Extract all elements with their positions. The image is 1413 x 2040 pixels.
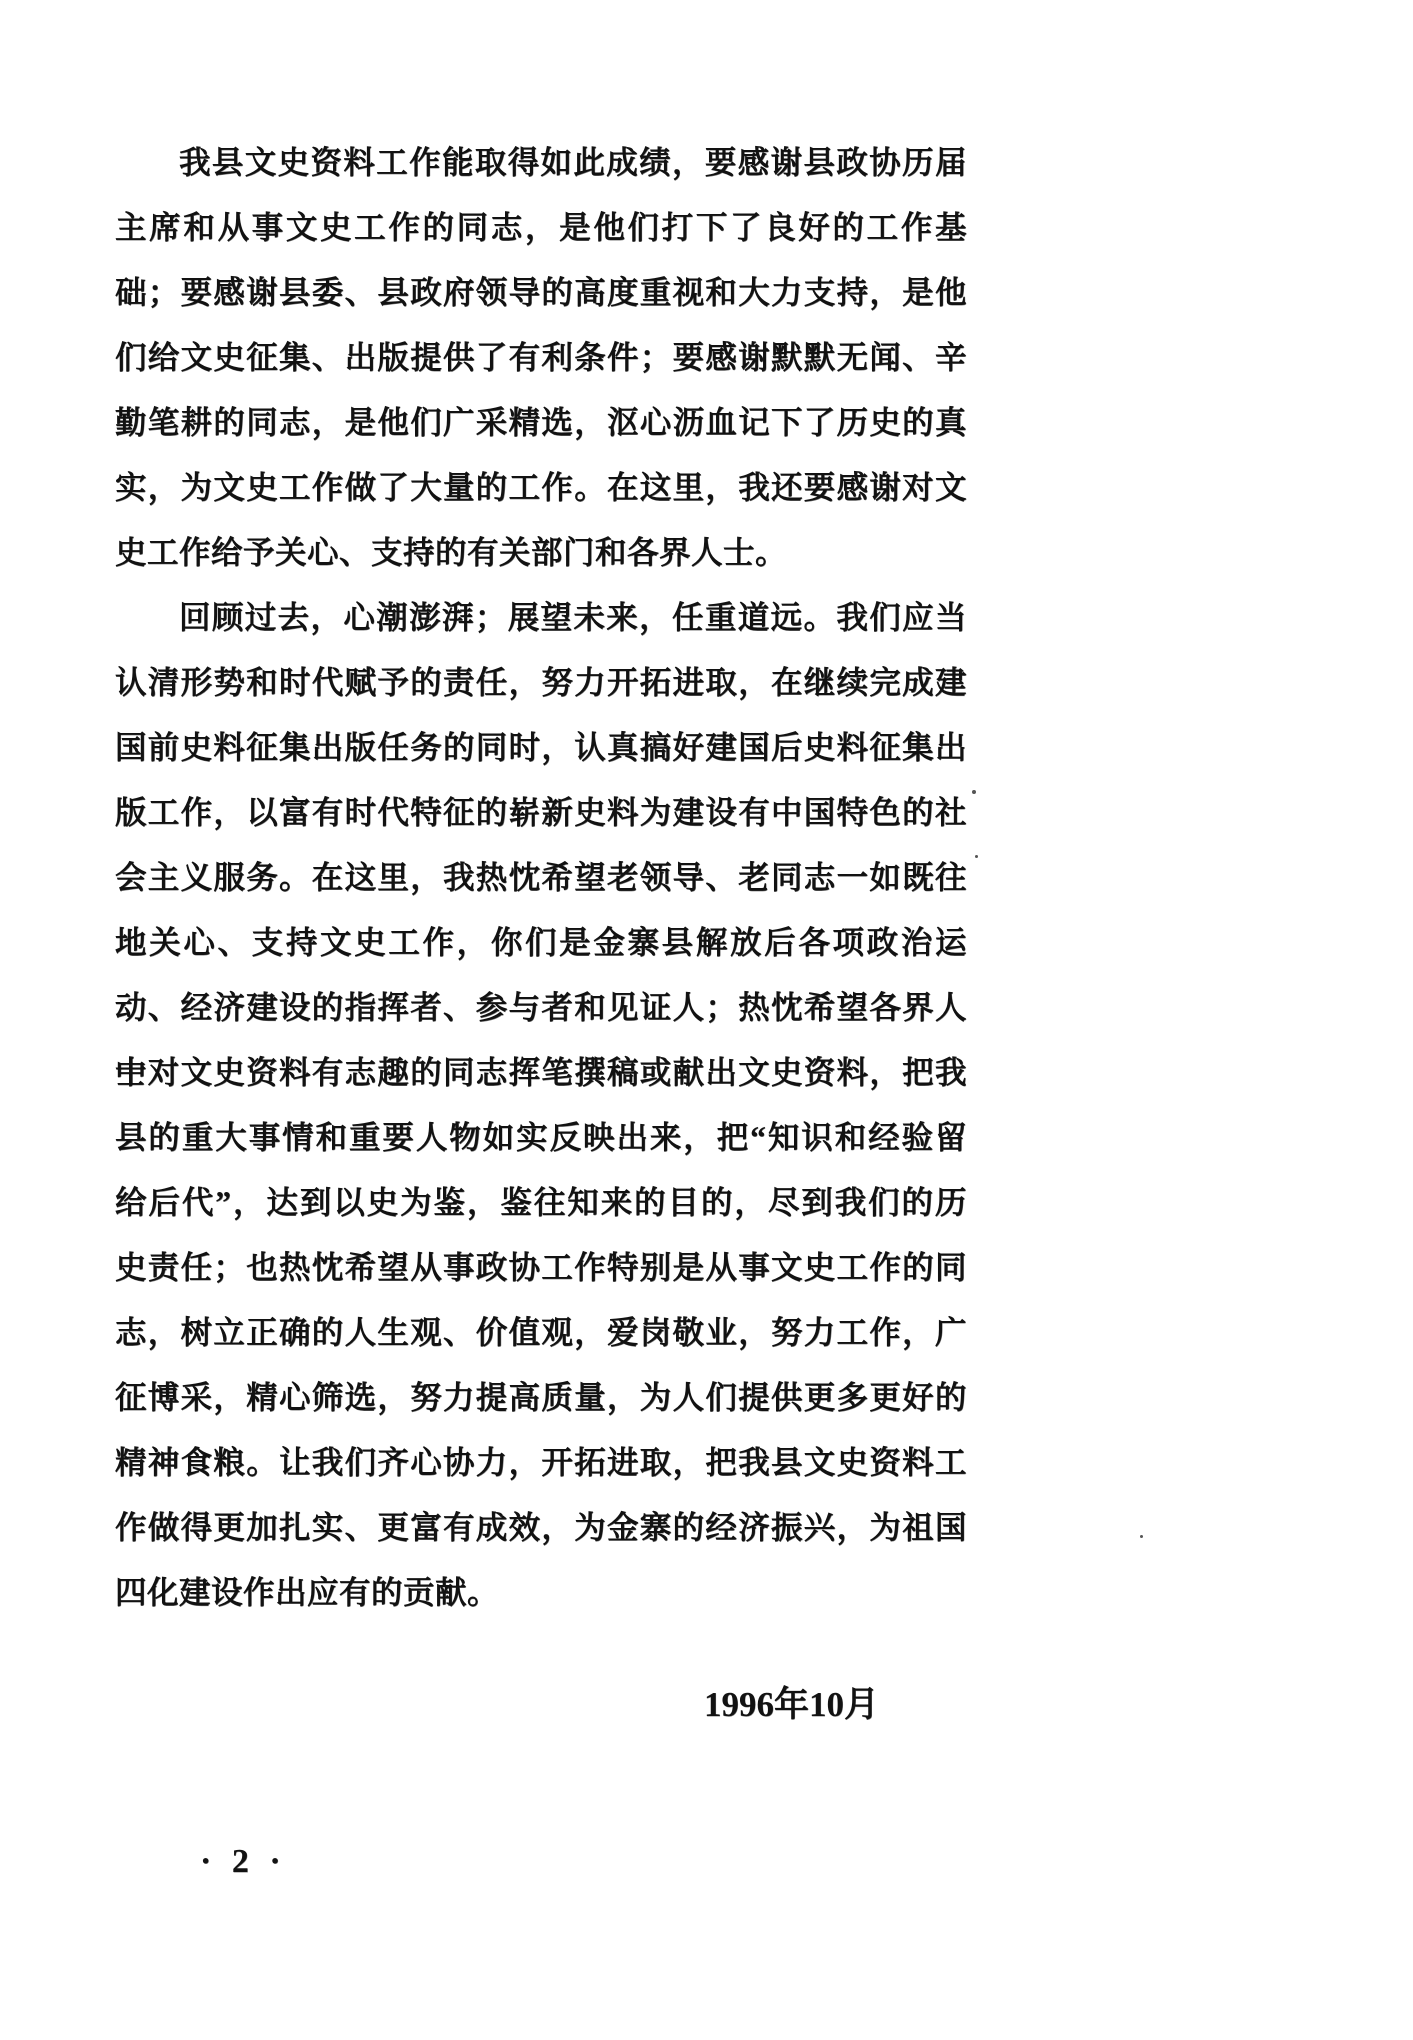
scan-speck <box>975 855 978 858</box>
text-line: 回顾过去，心潮澎湃；展望未来，任重道远。我们应当 <box>115 585 967 650</box>
text-line: 动、经济建设的指挥者、参与者和见证人；热忱希望各界人士 <box>115 975 967 1040</box>
text-line: 四化建设作出应有的贡献。 <box>115 1560 967 1625</box>
document-body: 我县文史资料工作能取得如此成绩，要感谢县政协历届主席和从事文史工作的同志，是他们… <box>115 130 967 1625</box>
text-line: 勤笔耕的同志，是他们广采精选，沤心沥血记下了历史的真 <box>115 390 967 455</box>
page-number: · 2 · <box>200 1832 287 1892</box>
text-line: 认清形势和时代赋予的责任，努力开拓进取，在继续完成建 <box>115 650 967 715</box>
text-line: 实，为文史工作做了大量的工作。在这里，我还要感谢对文 <box>115 455 967 520</box>
text-line: 版工作，以富有时代特征的崭新史料为建设有中国特色的社 <box>115 780 967 845</box>
text-line: 我县文史资料工作能取得如此成绩，要感谢县政协历届 <box>115 130 967 195</box>
date-line: 1996年10月 <box>115 1672 967 1737</box>
text-line: 们给文史征集、出版提供了有利条件；要感谢默默无闻、辛 <box>115 325 967 390</box>
text-line: 给后代”，达到以史为鉴，鉴往知来的目的，尽到我们的历 <box>115 1170 967 1235</box>
scan-speck <box>972 790 976 794</box>
scan-speck <box>1140 1535 1143 1538</box>
text-line: 志，树立正确的人生观、价值观，爱岗敬业，努力工作，广 <box>115 1300 967 1365</box>
text-line: 中对文史资料有志趣的同志挥笔撰稿或献出文史资料，把我 <box>115 1040 967 1105</box>
text-line: 会主义服务。在这里，我热忱希望老领导、老同志一如既往 <box>115 845 967 910</box>
text-line: 国前史料征集出版任务的同时，认真搞好建国后史料征集出 <box>115 715 967 780</box>
document-page: 我县文史资料工作能取得如此成绩，要感谢县政协历届主席和从事文史工作的同志，是他们… <box>0 0 1413 2040</box>
text-line: 精神食粮。让我们齐心协力，开拓进取，把我县文史资料工 <box>115 1430 967 1495</box>
text-line: 征博采，精心筛选，努力提高质量，为人们提供更多更好的 <box>115 1365 967 1430</box>
text-line: 县的重大事情和重要人物如实反映出来，把“知识和经验留 <box>115 1105 967 1170</box>
text-line: 主席和从事文史工作的同志，是他们打下了良好的工作基 <box>115 195 967 260</box>
text-line: 史工作给予关心、支持的有关部门和各界人士。 <box>115 520 967 585</box>
text-line: 史责任；也热忱希望从事政协工作特别是从事文史工作的同 <box>115 1235 967 1300</box>
text-line: 础；要感谢县委、县政府领导的高度重视和大力支持，是他 <box>115 260 967 325</box>
text-line: 地关心、支持文史工作，你们是金寨县解放后各项政治运 <box>115 910 967 975</box>
text-line: 作做得更加扎实、更富有成效，为金寨的经济振兴，为祖国 <box>115 1495 967 1560</box>
